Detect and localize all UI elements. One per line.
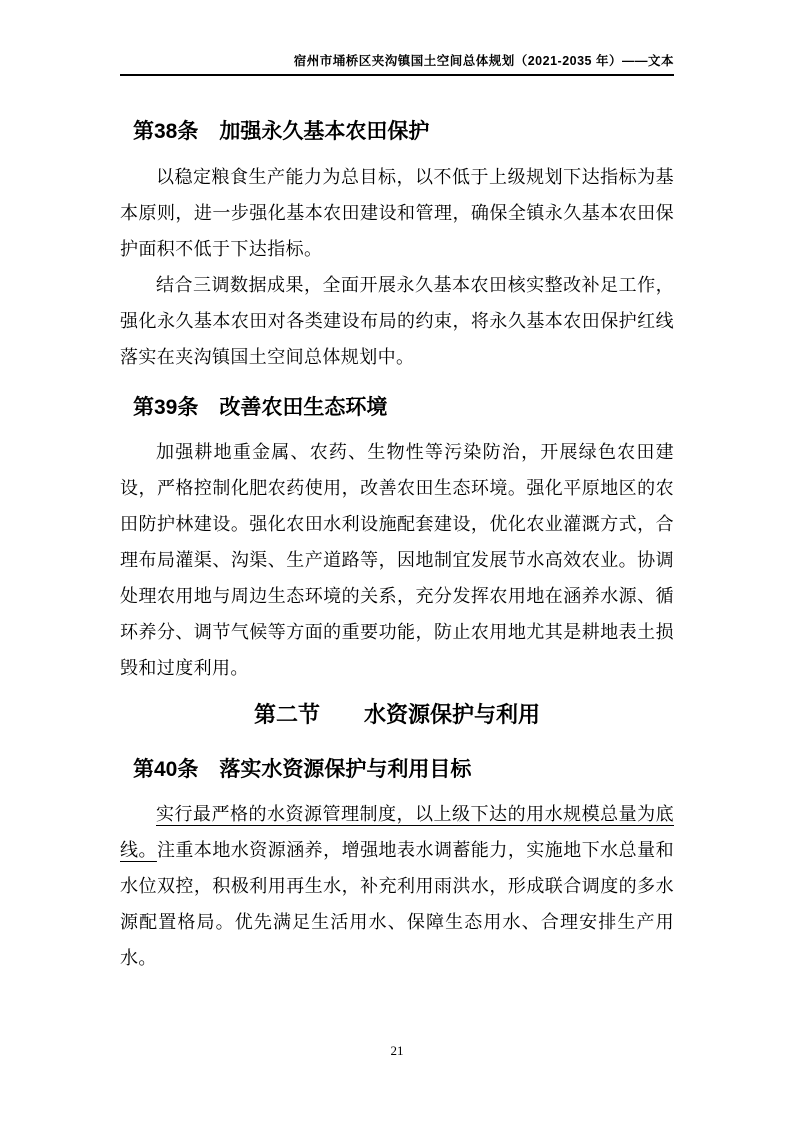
paragraph-continuation: 注重本地水资源涵养，增强地表水调蓄能力，实施地下水总量和水位双控，积极利用再生水…: [120, 840, 674, 968]
header-title: 宿州市埇桥区夹沟镇国土空间总体规划（2021-2035 年）——文本: [120, 54, 674, 74]
article-40-paragraph-1: 实行最严格的水资源管理制度，以上级下达的用水规模总量为底线。注重本地水资源涵养，…: [120, 796, 674, 976]
article-38-paragraph-2: 结合三调数据成果，全面开展永久基本农田核实整改补足工作，强化永久基本农田对各类建…: [120, 267, 674, 375]
article-38-paragraph-1: 以稳定粮食生产能力为总目标，以不低于上级规划下达指标为基本原则，进一步强化基本农…: [120, 159, 674, 267]
section-2-heading: 第二节 水资源保护与利用: [120, 700, 674, 730]
article-40-heading: 第40条 落实水资源保护与利用目标: [120, 756, 674, 784]
page-header: 宿州市埇桥区夹沟镇国土空间总体规划（2021-2035 年）——文本: [120, 0, 674, 76]
article-39-paragraph-1: 加强耕地重金属、农药、生物性等污染防治，开展绿色农田建设，严格控制化肥农药使用，…: [120, 434, 674, 686]
document-page: 宿州市埇桥区夹沟镇国土空间总体规划（2021-2035 年）——文本 第38条 …: [0, 0, 794, 1123]
article-39-heading: 第39条 改善农田生态环境: [120, 394, 674, 422]
document-body: 第38条 加强永久基本农田保护 以稳定粮食生产能力为总目标，以不低于上级规划下达…: [120, 118, 674, 976]
article-38-heading: 第38条 加强永久基本农田保护: [120, 118, 674, 146]
page-number: 21: [0, 1043, 794, 1059]
